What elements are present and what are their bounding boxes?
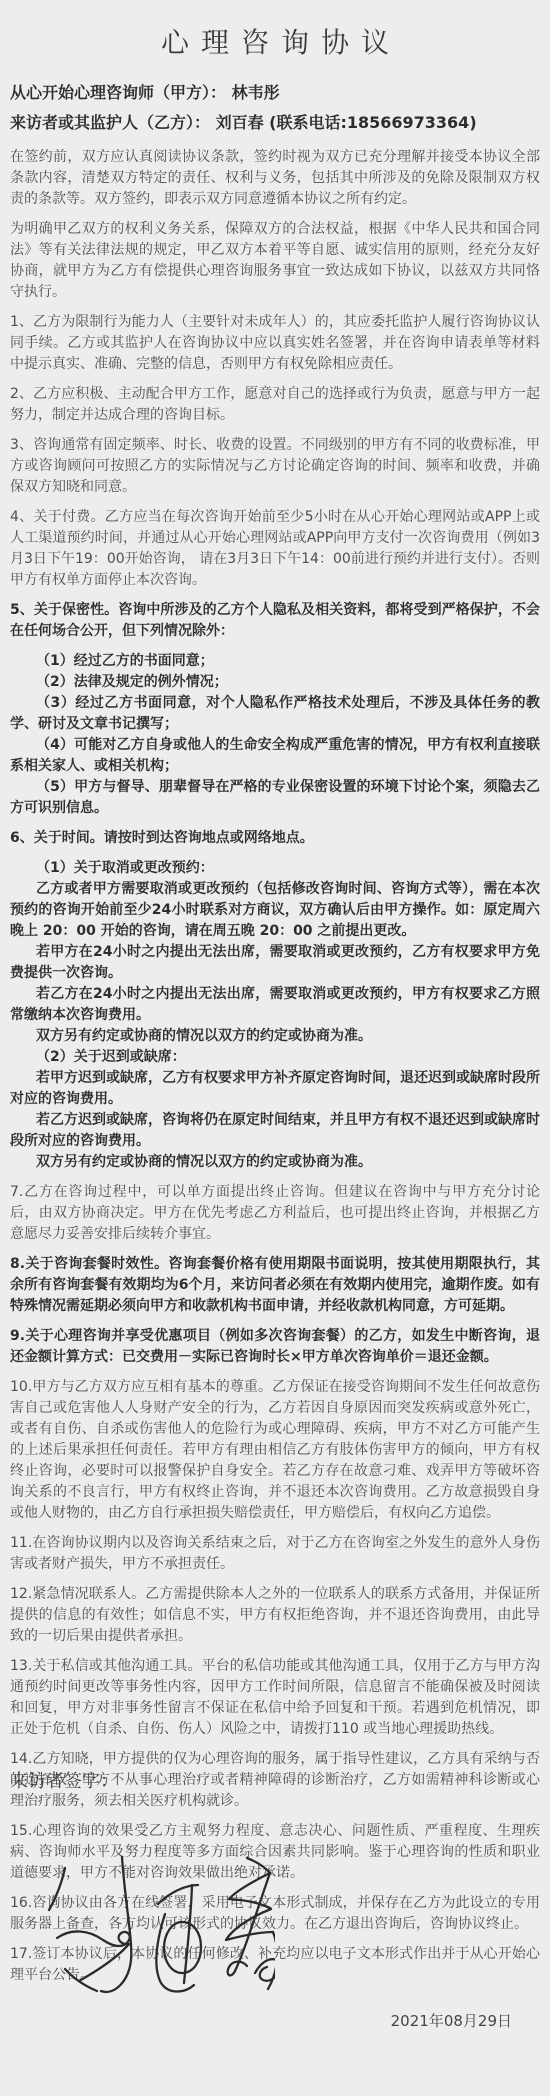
party-b-line: 来访者或其监护人（乙方）： 刘百春 (联系电话:18566973364) — [10, 108, 540, 138]
clause-paragraph: （4）可能对乙方自身或他人的生命安全构成严重危害的情况，甲方有权利直接联系相关家… — [10, 735, 540, 777]
bottom-edge-strip — [0, 2096, 550, 2100]
clause-paragraph: 12.紧急情况联系人。乙方需提供除本人之外的一位联系人的联系方式备用，并保证所提… — [10, 1584, 540, 1647]
clause-paragraph: 6、关于时间。请按时到达咨询地点或网络地点。 — [10, 828, 540, 849]
clause-paragraph: 7.乙方在咨询过程中，可以单方面提出终止咨询。但建议在咨询中与甲方充分讨论后，由… — [10, 1182, 540, 1245]
clause-paragraph: 乙方或者甲方需要取消或更改预约（包括修改咨询时间、咨询方式等），需在本次预约的咨… — [10, 879, 540, 942]
clause-paragraph: 11.在咨询协议期内以及咨询关系结束之后，对于乙方在咨询室之外发生的意外人身伤害… — [10, 1533, 540, 1575]
clause-paragraph: 若甲方迟到或缺席，乙方有权要求甲方补齐原定咨询时间，退还迟到或缺席时段所对应的咨… — [10, 1068, 540, 1110]
clause-paragraph: （3）经过乙方书面同意，对个人隐私作严格技术处理后，不涉及具体任务的教学、研讨及… — [10, 693, 540, 735]
clause-paragraph: 若甲方在24小时之内提出无法出席，需要取消或更改预约，乙方有权要求甲方免费提供一… — [10, 942, 540, 984]
clause-paragraph: （1）经过乙方的书面同意； — [10, 651, 540, 672]
signature-strokes — [49, 1857, 275, 1992]
clause-paragraph: （5）甲方与督导、朋辈督导在严格的专业保密设置的环境下讨论个案，须隐去乙方可识别… — [10, 777, 540, 819]
clause-paragraph: 8.关于咨询套餐时效性。咨询套餐价格有使用期限书面说明，按其使用期限执行，其余所… — [10, 1254, 540, 1317]
clause-paragraph: 4、关于付费。乙方应当在每次咨询开始前至少5小时在从心开始心理网站或APP上或人… — [10, 507, 540, 591]
clause-paragraph: 3、咨询通常有固定频率、时长、收费的设置。不同级别的甲方有不同的收费标准，甲方或… — [10, 435, 540, 498]
clause-paragraph: 双方另有约定或协商的情况以双方的约定或协商为准。 — [10, 1026, 540, 1047]
clause-paragraph: （1）关于取消或更改预约： — [10, 858, 540, 879]
clause-paragraph: （2）关于迟到或缺席： — [10, 1047, 540, 1068]
clauses: 在签约前，双方应认真阅读协议条款，签约时视为双方已充分理解并接受本协议全部条款内… — [10, 147, 540, 1986]
document-date: 2021年08月29日 — [391, 2010, 512, 2031]
parties-block: 从心开始心理咨询师（甲方）： 林韦彤 来访者或其监护人（乙方）： 刘百春 (联系… — [10, 78, 540, 138]
clause-paragraph: 9.关于心理咨询并享受优惠项目（例如多次咨询套餐）的乙方，如发生中断咨询，退还金… — [10, 1326, 540, 1368]
clause-paragraph: 为明确甲乙双方的权利义务关系，保障双方的合法权益，根据《中华人民共和国合同法》等… — [10, 219, 540, 303]
clause-paragraph: 2、乙方应积极、主动配合甲方工作，愿意对自己的选择或行为负责，愿意与甲方一起努力… — [10, 384, 540, 426]
handwritten-signature — [45, 1852, 275, 2004]
clause-paragraph: 若乙方迟到或缺席，咨询将仍在原定时间结束，并且甲方有权不退还迟到或缺席时段所对应… — [10, 1110, 540, 1152]
page-title: 心理咨询协议 — [0, 19, 550, 59]
clause-paragraph: 若乙方在24小时之内提出无法出席，需要取消或更改预约，甲方有权要求乙方照常缴纳本… — [10, 984, 540, 1026]
clause-paragraph: 双方另有约定或协商的情况以双方的约定或协商为准。 — [10, 1152, 540, 1173]
clause-paragraph: 5、关于保密性。咨询中所涉及的乙方个人隐私及相关资料，都将受到严格保护，不会在任… — [10, 600, 540, 642]
visitor-signature-label: 来访者签字： — [10, 1770, 118, 1794]
clause-paragraph: 10.甲方与乙方双方应互相有基本的尊重。乙方保证在接受咨询期间不发生任何故意伤害… — [10, 1377, 540, 1524]
party-a-line: 从心开始心理咨询师（甲方）： 林韦彤 — [10, 78, 540, 108]
clause-paragraph: 在签约前，双方应认真阅读协议条款，签约时视为双方已充分理解并接受本协议全部条款内… — [10, 147, 540, 210]
clause-paragraph: 1、乙方为限制行为能力人（主要针对未成年人）的，其应委托监护人履行咨询协议认同手… — [10, 312, 540, 375]
clause-paragraph: 13.关于私信或其他沟通工具。平台的私信功能或其他沟通工具，仅用于乙方与甲方沟通… — [10, 1656, 540, 1740]
clause-paragraph: （2）法律及规定的例外情况； — [10, 672, 540, 693]
agreement-document: 心理咨询协议 从心开始心理咨询师（甲方）： 林韦彤 来访者或其监护人（乙方）： … — [0, 0, 550, 2100]
